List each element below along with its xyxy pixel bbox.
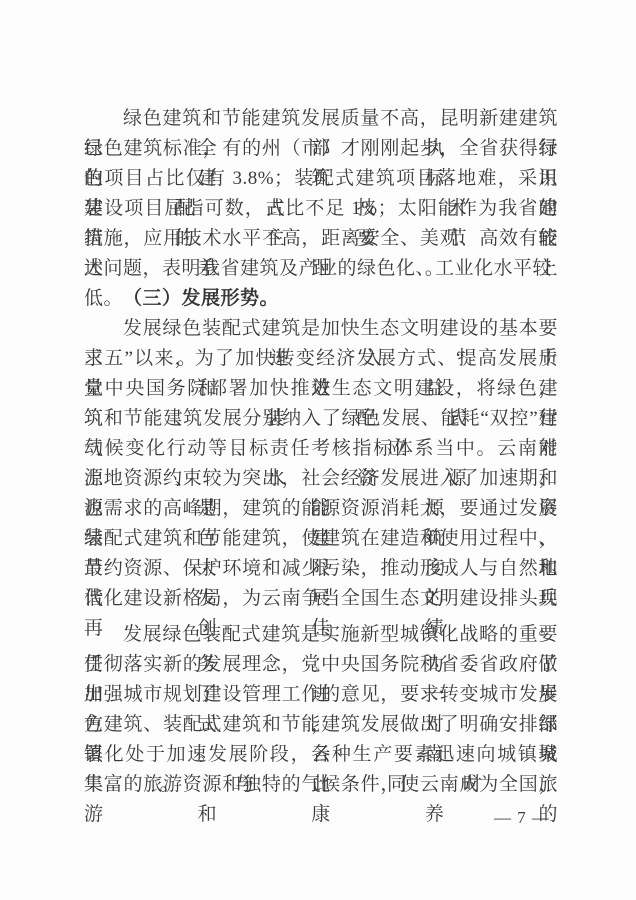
text-line: 的项目占比仅有 3.8%；装配式建筑项目落地难，采用装配式技术的 — [84, 164, 558, 194]
text-line: 述问题，表明我省建筑及产业的绿色化、工业化水平较低。 — [84, 254, 558, 284]
text-line: 三五”以来，为了加快转变经济发展方式、提高发展质量和效益， — [84, 344, 558, 374]
text-line: 绿色建筑和节能建筑发展质量不高，昆明新建建筑已全部执行 — [84, 104, 558, 134]
text-line: 绿色建筑标准，有的州（市）才刚刚起步，全省获得绿色建筑标识 — [84, 134, 558, 164]
text-line: 土地资源约束较为突出，社会经济发展进入了加速期，也是能源资 — [84, 464, 558, 494]
text-line: 发展绿色装配式建筑是实施新型城镇化战略的重要任务。为了 — [84, 620, 558, 650]
text-line: 党中央国务院部署加快推进生态文明建设，将绿色建筑、装配式建 — [84, 374, 558, 404]
paragraph: 绿色建筑和节能建筑发展质量不高，昆明新建建筑已全部执行 绿色建筑标准，有的州（市… — [84, 104, 558, 284]
text-line: 源需求的高峰期，建筑的能源资源消耗大，要通过发展绿色建筑、 — [84, 494, 558, 524]
text-line: 色建筑、装配式建筑和节能建筑发展做出了明确安排部署。云南城 — [84, 710, 558, 740]
text-line: 措施，应用技术水平不高，距离安全、美观、高效有较大差距。上 — [84, 224, 558, 254]
section-heading-text: （三）发展形势。 — [84, 284, 558, 314]
text-line: 加强城市规划建设管理工作的意见，要求转变城市发展方式，对绿 — [84, 680, 558, 710]
text-line: 发展绿色装配式建筑是加快生态文明建设的基本要求。进入“十 — [84, 314, 558, 344]
text-line: 气候变化行动等目标责任考核指标体系当中。云南能源、水资源和 — [84, 434, 558, 464]
text-line: 装配式建筑和节能建筑，使建筑在建造和使用过程中，最大限度地 — [84, 524, 558, 554]
document-body: 绿色建筑和节能建筑发展质量不高，昆明新建建筑已全部执行 绿色建筑标准，有的州（市… — [84, 104, 558, 800]
page-number: — 7 — — [494, 806, 550, 830]
paragraph: 发展绿色装配式建筑是实施新型城镇化战略的重要任务。为了 贯彻落实新的发展理念，党… — [84, 620, 558, 800]
text-line: 镇化处于加速发展阶段，各种生产要素迅速向城镇聚集。与此同时， — [84, 740, 558, 770]
text-line: 代化建设新格局，为云南争当全国生态文明建设排头兵再创佳绩。 — [84, 584, 558, 614]
document-page: 绿色建筑和节能建筑发展质量不高，昆明新建建筑已全部执行 绿色建筑标准，有的州（市… — [0, 0, 636, 900]
section-heading: （三）发展形势。 — [84, 284, 558, 314]
text-line: 筑和节能建筑发展分别纳入了绿色发展、能耗“双控”行动、应对 — [84, 404, 558, 434]
paragraph: 发展绿色装配式建筑是加快生态文明建设的基本要求。进入“十 三五”以来，为了加快转… — [84, 314, 558, 614]
text-line: 节约资源、保护环境和减少污染，推动形成人与自然和谐发展的现 — [84, 554, 558, 584]
text-line: 贯彻落实新的发展理念，党中央国务院和省委省政府做出了进一步 — [84, 650, 558, 680]
text-line: 丰富的旅游资源和独特的气候条件，使云南成为全国旅游和康养的 — [84, 770, 558, 800]
text-line: 建设项目屈指可数，占比不足 1%；太阳能作为我省建筑的主要节能 — [84, 194, 558, 224]
